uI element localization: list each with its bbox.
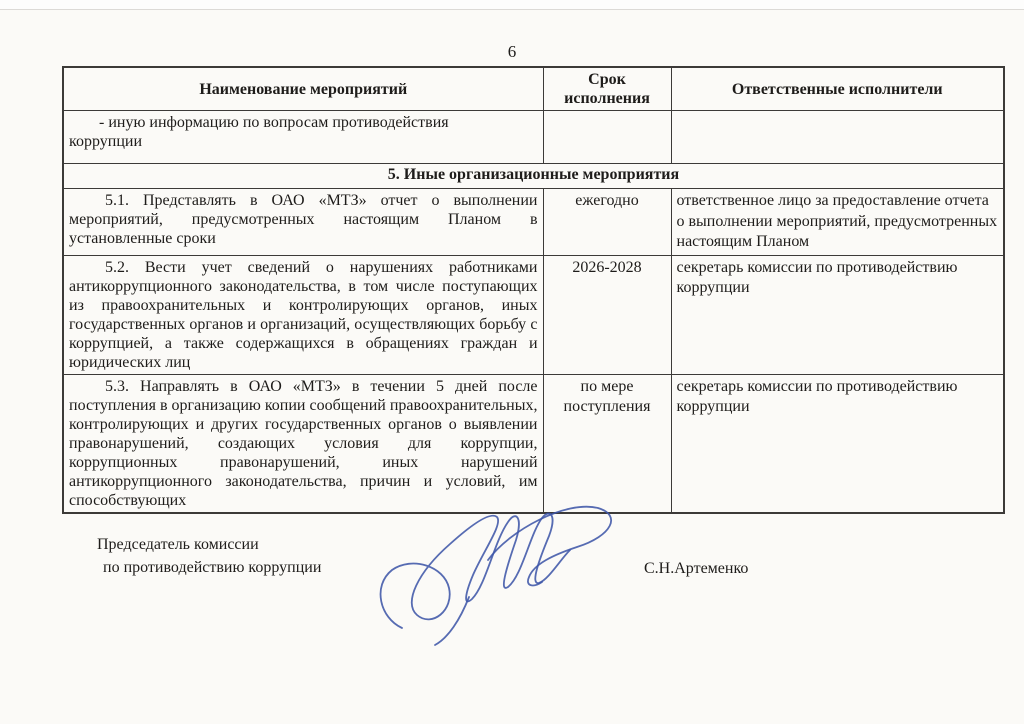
responsible-cell-empty	[671, 111, 1004, 164]
table-row-5-2: 5.2. Вести учет сведений о нарушениях ра…	[63, 255, 1004, 374]
activity-text: - иную информацию по вопросам противодей…	[69, 113, 538, 151]
activity-cell: - иную информацию по вопросам противодей…	[63, 111, 543, 164]
scan-edge-strip	[0, 0, 1024, 9]
section-header: 5. Иные организационные мероприятия	[63, 164, 1004, 189]
signer-name: С.Н.Артеменко	[644, 560, 748, 578]
responsible-cell: секретарь комиссии по противодействию ко…	[671, 255, 1004, 374]
column-header-responsible: Ответственные исполнители	[671, 67, 1004, 111]
column-header-activities: Наименование мероприятий	[63, 67, 543, 111]
activity-cell: 5.3. Направлять в ОАО «МТЗ» в течении 5 …	[63, 374, 543, 513]
activity-text: 5.3. Направлять в ОАО «МТЗ» в течении 5 …	[69, 377, 538, 510]
activity-cell: 5.1. Представлять в ОАО «МТЗ» отчет о вы…	[63, 189, 543, 256]
term-cell-empty	[543, 111, 671, 164]
term-cell: по мере поступления	[543, 374, 671, 513]
handwritten-signature-image	[372, 498, 620, 648]
scan-edge-line	[0, 9, 1024, 10]
section-header-row: 5. Иные организационные мероприятия	[63, 164, 1004, 189]
table-row-5-1: 5.1. Представлять в ОАО «МТЗ» отчет о вы…	[63, 189, 1004, 256]
responsible-cell: секретарь комиссии по противодействию ко…	[671, 374, 1004, 513]
activity-text: 5.1. Представлять в ОАО «МТЗ» отчет о вы…	[69, 191, 538, 248]
activity-text: 5.2. Вести учет сведений о нарушениях ра…	[69, 258, 538, 372]
page-number: 6	[0, 42, 1024, 62]
responsible-cell: ответственное лицо за предоставление отч…	[671, 189, 1004, 256]
activity-cell: 5.2. Вести учет сведений о нарушениях ра…	[63, 255, 543, 374]
measures-table: Наименование мероприятий Срок исполнения…	[62, 66, 1005, 514]
signer-position-line1: Председатель комиссии	[97, 536, 259, 554]
table-row-continuation: - иную информацию по вопросам противодей…	[63, 111, 1004, 164]
table-row-5-3: 5.3. Направлять в ОАО «МТЗ» в течении 5 …	[63, 374, 1004, 513]
signer-position-line2: по противодействию коррупции	[103, 559, 321, 577]
term-cell: ежегодно	[543, 189, 671, 256]
term-cell: 2026-2028	[543, 255, 671, 374]
column-header-term: Срок исполнения	[543, 67, 671, 111]
table-header-row: Наименование мероприятий Срок исполнения…	[63, 67, 1004, 111]
